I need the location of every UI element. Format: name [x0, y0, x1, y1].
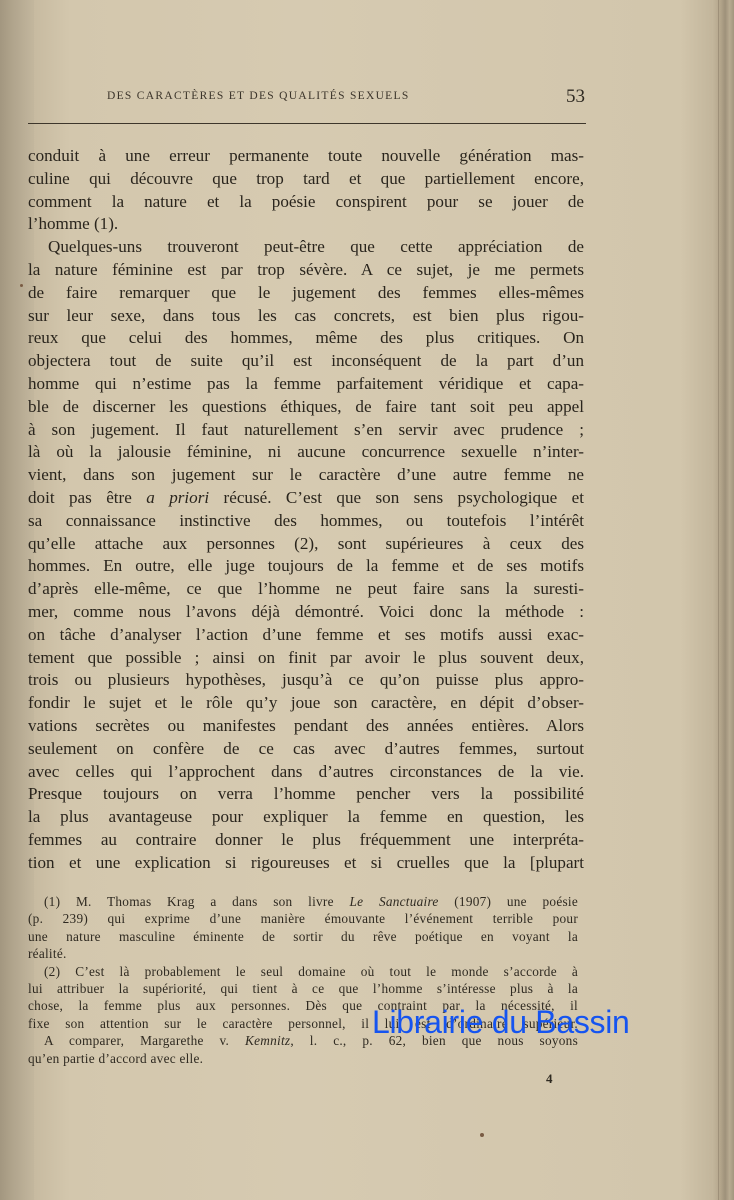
page-number: 53 [566, 86, 585, 108]
text-line: culine qui découvre que trop tard et que… [28, 168, 584, 191]
text-line: vient, dans son jugement sur le caractèr… [28, 464, 584, 487]
text-line: sa connaissance instinctive des hommes, … [28, 510, 584, 533]
footnote-1-line: (p. 239) qui exprime d’une manière émouv… [28, 910, 578, 927]
text-line: conduit à une erreur permanente toute no… [28, 145, 584, 168]
text-line-a-priori: doit pas être a priori récusé. C’est que… [28, 487, 584, 510]
text-fragment: doit pas être [28, 488, 146, 507]
text-line: Presque toujours on verra l’homme penche… [28, 783, 584, 806]
footnote-1-line: réalité. [28, 945, 578, 962]
watermark: Librairie du Bassin [372, 1004, 630, 1041]
text-line: à son jugement. Il faut naturellement s’… [28, 419, 584, 442]
text-line: mer, comme nous l’avons déjà démontré. V… [28, 601, 584, 624]
text-line: tement que possible ; ainsi on finit par… [28, 647, 584, 670]
text-line: homme qui n’estime pas la femme parfaite… [28, 373, 584, 396]
header-rule [28, 123, 586, 124]
text-line: la plus avantageuse pour expliquer la fe… [28, 806, 584, 829]
footnote-2-line: (2) C’est là probablement le seul domain… [28, 963, 578, 980]
text-fragment: (1) M. Thomas Krag a dans son livre [44, 894, 349, 909]
text-line: de faire remarquer que le jugement des f… [28, 282, 584, 305]
text-line: d’après elle-même, ce que l’homme ne peu… [28, 578, 584, 601]
text-fragment: (1907) une poésie [439, 894, 578, 909]
text-line: l’homme (1). [28, 213, 584, 236]
text-fragment: A comparer, Margarethe v. [44, 1033, 245, 1048]
footnote-1-line: (1) M. Thomas Krag a dans son livre Le S… [28, 893, 578, 910]
signature-mark: 4 [546, 1071, 553, 1087]
running-title: DES CARACTÈRES ET DES QUALITÉS SEXUELS [107, 90, 410, 102]
text-line: qu’elle attache aux personnes (2), sont … [28, 533, 584, 556]
footnote-1-line: une nature masculine éminente de sortir … [28, 928, 578, 945]
paper-speck [480, 1133, 484, 1137]
page-stack-edge [712, 0, 734, 1200]
text-line: là où la jalousie féminine, ni aucune co… [28, 441, 584, 464]
running-header: DES CARACTÈRES ET DES QUALITÉS SEXUELS 5… [107, 88, 587, 108]
text-fragment: récusé. C’est que son sens psychologique… [209, 488, 584, 507]
paper-speck [20, 284, 23, 287]
text-line: reux que celui des hommes, même des plus… [28, 327, 584, 350]
text-line: ble de discerner les questions éthiques,… [28, 396, 584, 419]
text-line: tion et une explication si rigoureuses e… [28, 852, 584, 875]
text-line: seulement on confère de ce cas avec d’au… [28, 738, 584, 761]
author-name: Kemnitz [245, 1033, 290, 1048]
text-line: comment la nature et la poésie conspiren… [28, 191, 584, 214]
text-line: avec celles qui l’approchent dans d’autr… [28, 761, 584, 784]
text-line: trois ou plusieurs hypothèses, jusqu’à c… [28, 669, 584, 692]
text-line: objectera tout de suite qu’il est incons… [28, 350, 584, 373]
text-line: femmes au contraire donner le plus fréqu… [28, 829, 584, 852]
text-line: la nature féminine est par trop sévère. … [28, 259, 584, 282]
book-page: DES CARACTÈRES ET DES QUALITÉS SEXUELS 5… [0, 0, 734, 1200]
text-line: fondir le sujet et le rôle qu’y joue son… [28, 692, 584, 715]
body-text: conduit à une erreur permanente toute no… [28, 145, 584, 875]
text-line: hommes. En outre, elle juge toujours de … [28, 555, 584, 578]
book-title: Le Sanctuaire [349, 894, 438, 909]
text-line: vations secrètes ou manifestes pendant d… [28, 715, 584, 738]
footnote-2-line: lui attribuer la supériorité, qui tient … [28, 980, 578, 997]
text-line: sur leur sexe, dans tous les cas concret… [28, 305, 584, 328]
paragraph-start-line: Quelques-uns trouveront peut-être que ce… [28, 236, 584, 259]
footnote-2-line: qu’en partie d’accord avec elle. [28, 1050, 578, 1067]
text-line: on tâche d’analyser l’action d’une femme… [28, 624, 584, 647]
italic-term: a priori [146, 488, 209, 507]
